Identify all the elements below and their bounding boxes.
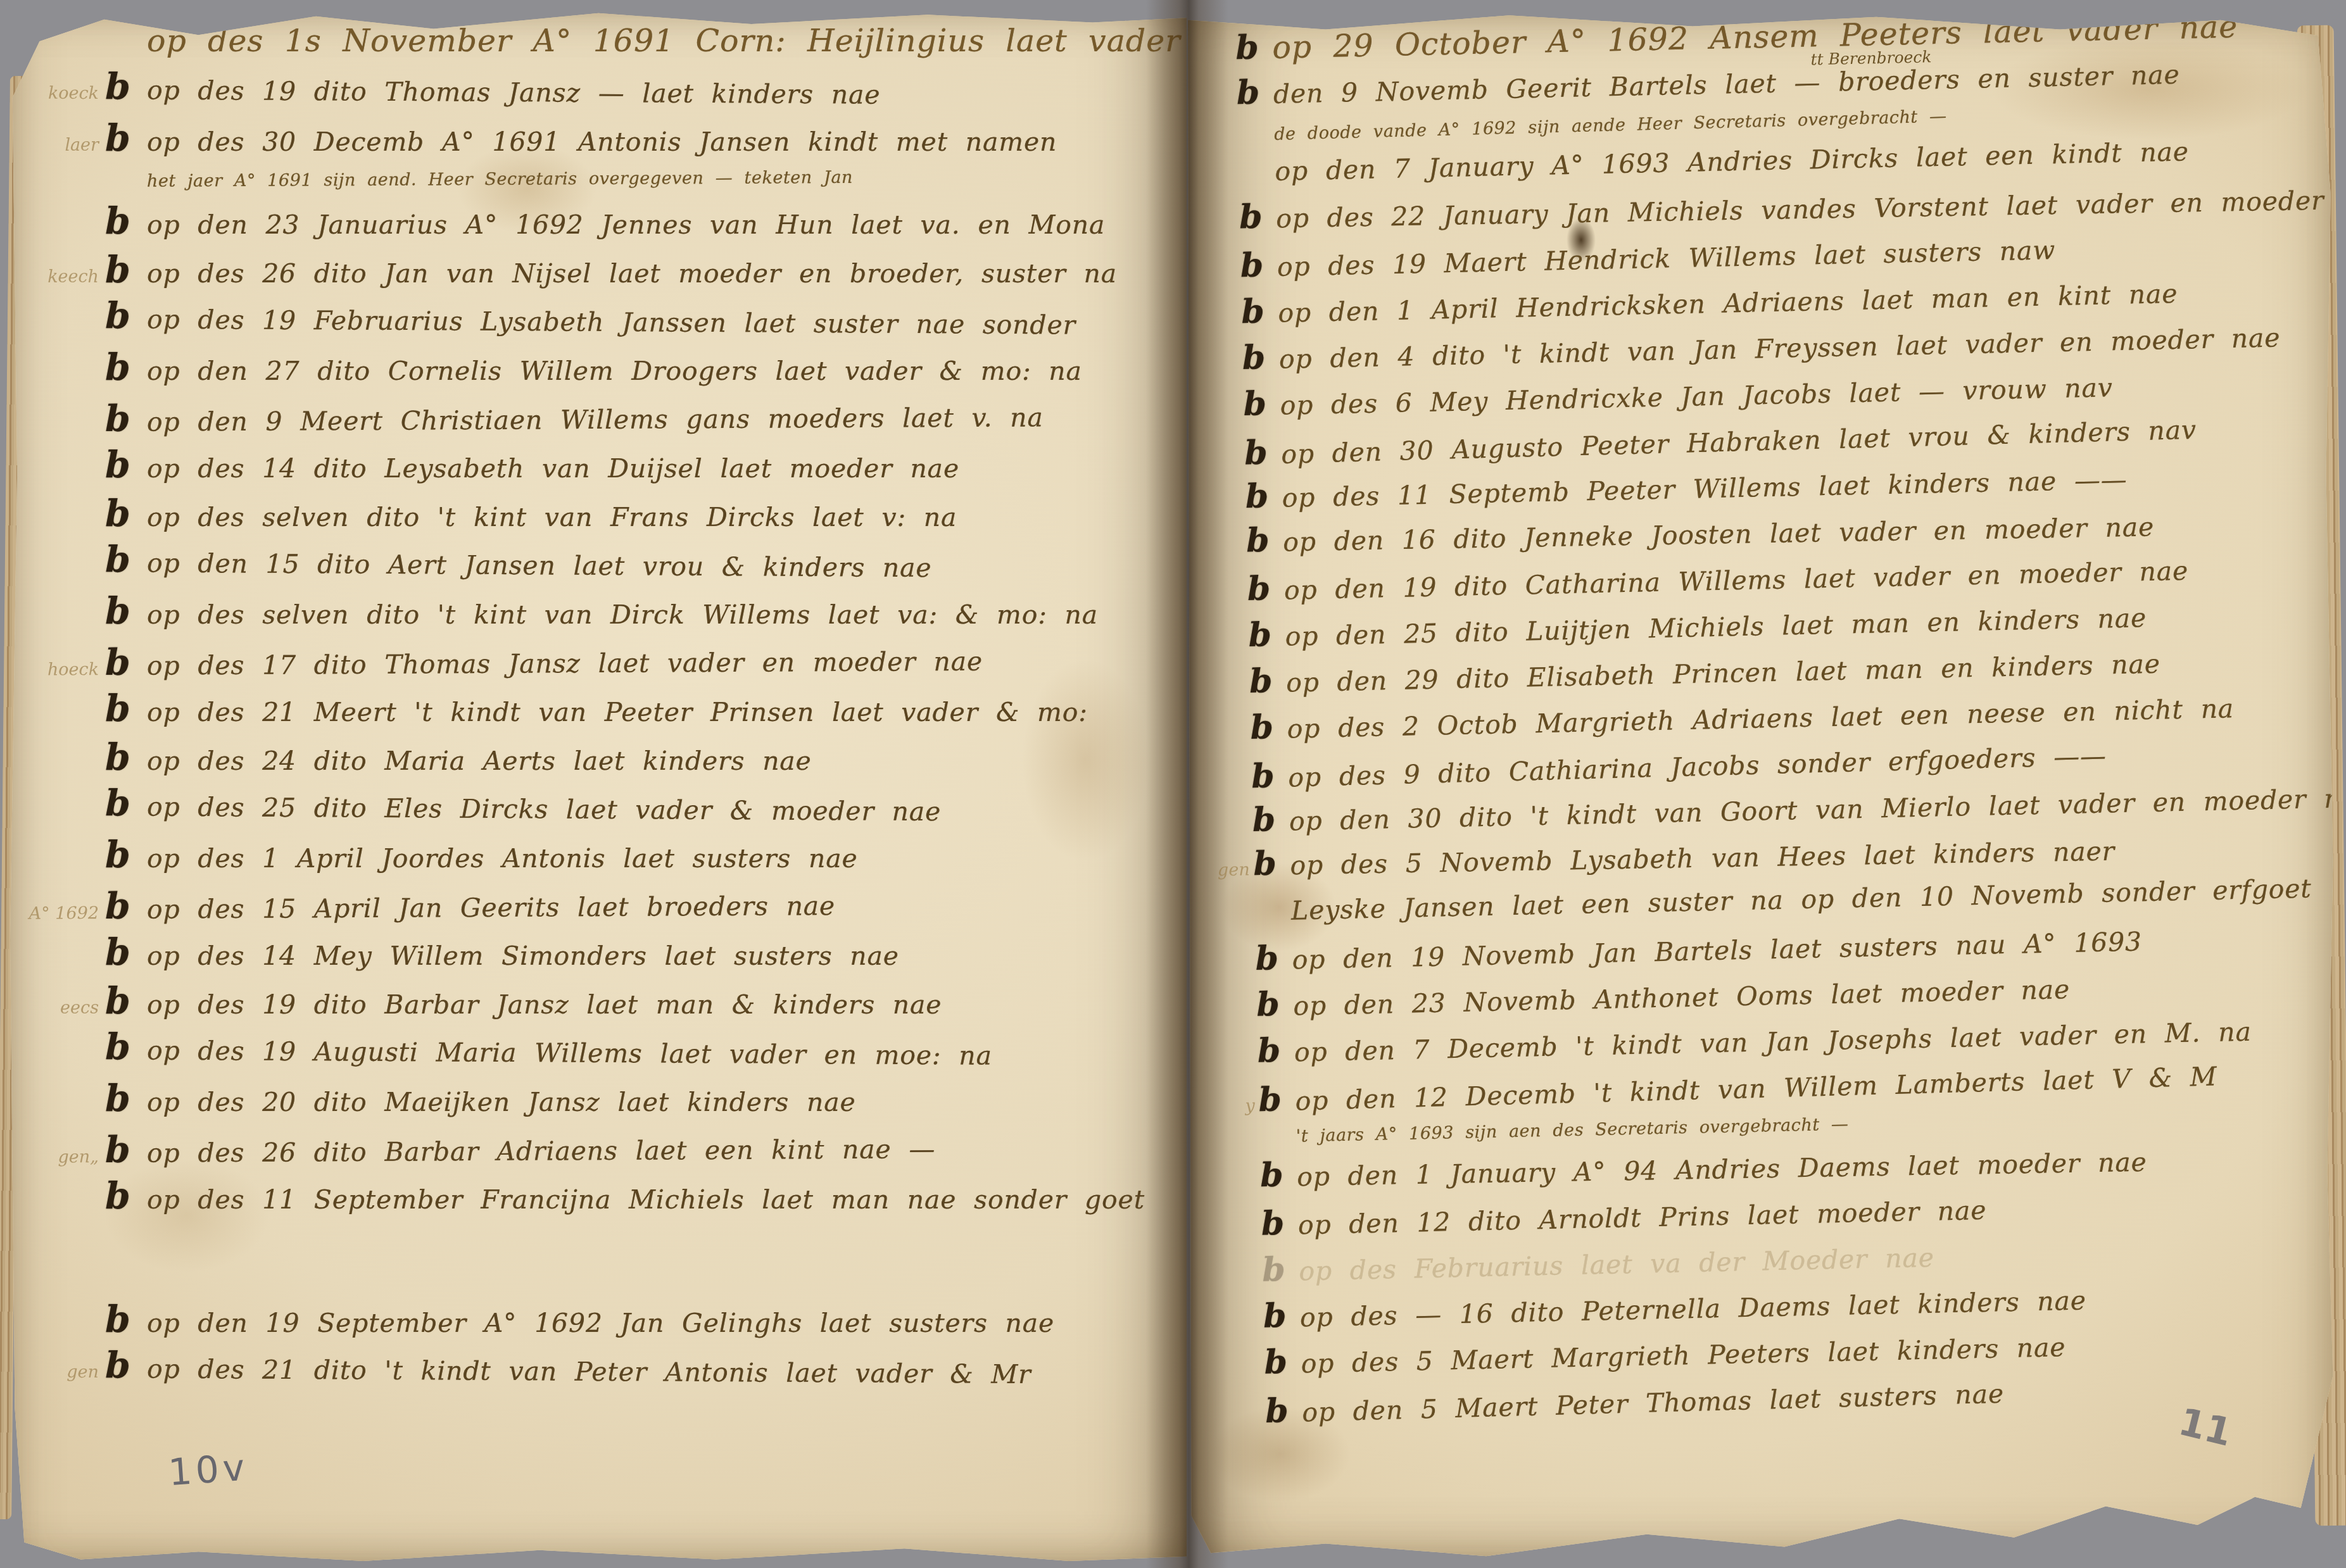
margin-initial-b: b bbox=[1240, 249, 1277, 282]
margin-initial-b: b bbox=[1265, 1395, 1302, 1429]
register-line: laerbop des 30 Decemb A° 1691 Antonis Ja… bbox=[24, 120, 1180, 169]
entry-text: op des 11 September Francijna Michiels l… bbox=[147, 1184, 1145, 1215]
margin-initial-b: b bbox=[105, 983, 147, 1019]
entry-text: op den 23 Januarius A° 1692 Jennes van H… bbox=[147, 210, 1105, 240]
margin-initial-b: b bbox=[1236, 76, 1273, 110]
register-line: bop des 14 dito Leysabeth van Duijsel la… bbox=[24, 447, 1180, 496]
register-line: eecsbop des 19 dito Barbar Jansz laet ma… bbox=[24, 983, 1180, 1032]
margin-initial-b: b bbox=[105, 1081, 147, 1117]
margin-note bbox=[1214, 831, 1252, 832]
margin-initial-b bbox=[1254, 920, 1291, 920]
margin-note bbox=[1223, 1186, 1261, 1187]
margin-initial-b: b bbox=[105, 691, 147, 727]
margin-note bbox=[24, 571, 105, 572]
margin-initial-b: b bbox=[1235, 31, 1273, 65]
margin-initial-b: b bbox=[105, 837, 147, 873]
margin-initial-b: b bbox=[1251, 760, 1289, 794]
margin-initial-b: b bbox=[1264, 1345, 1301, 1379]
register-line: op des 1s November A° 1691 Corn: Heijlin… bbox=[24, 23, 1180, 72]
margin-initial-b: b bbox=[105, 120, 147, 156]
entry-text: op des 21 Meert 't kindt van Peeter Prin… bbox=[147, 697, 1088, 727]
register-line: koeckbop des 19 dito Thomas Jansz — laet… bbox=[24, 68, 1180, 123]
register-line: A° 1692bop des 15 April Jan Geerits laet… bbox=[24, 882, 1180, 938]
margin-initial-b: b bbox=[1239, 201, 1277, 234]
margin-initial-b: b bbox=[1249, 665, 1287, 698]
margin-note bbox=[1200, 141, 1238, 142]
page-right: bop 29 October A° 1692 Ansem Peeters lae… bbox=[1188, 8, 2335, 1562]
margin-initial-b: b bbox=[105, 644, 147, 681]
interlinear-note: tt Berenbroeck bbox=[1810, 47, 1932, 68]
margin-note bbox=[1219, 1016, 1257, 1017]
margin-initial-b bbox=[1259, 1142, 1296, 1143]
margin-note bbox=[1225, 1327, 1263, 1328]
margin-initial-b bbox=[1237, 140, 1274, 141]
margin-note bbox=[1221, 1143, 1259, 1143]
margin-initial-b: b bbox=[1243, 387, 1280, 421]
margin-note bbox=[1208, 508, 1246, 508]
margin-initial-b: b bbox=[1248, 618, 1285, 652]
margin-note: gen bbox=[1215, 860, 1254, 880]
entry-text: op des 19 dito Thomas Jansz — laet kinde… bbox=[147, 75, 881, 110]
margin-initial-b: b bbox=[105, 496, 147, 532]
entry-text: op des 19 dito Barbar Jansz laet man & k… bbox=[147, 989, 942, 1020]
register-line: bop des 24 dito Maria Aerts laet kinders… bbox=[24, 739, 1180, 788]
register-line: bop des 21 Meert 't kindt van Peeter Pri… bbox=[24, 691, 1180, 739]
margin-initial-b bbox=[1239, 180, 1275, 181]
margin-note: keech bbox=[24, 267, 105, 287]
register-line: gen„bop des 26 dito Barbar Adriaens laet… bbox=[24, 1126, 1180, 1181]
register-line: bop den 23 Januarius A° 1692 Jennes van … bbox=[24, 203, 1180, 252]
entry-text: op des 20 dito Maeijken Jansz laet kinde… bbox=[147, 1087, 856, 1117]
margin-note bbox=[1204, 369, 1242, 370]
entries-left: op des 1s November A° 1691 Corn: Heijlin… bbox=[10, 4, 1187, 1399]
entry-text: op des 14 dito Leysabeth van Duijsel lae… bbox=[147, 453, 959, 484]
margin-initial-b: b bbox=[105, 252, 147, 288]
folio-number-left: 10v bbox=[167, 1446, 250, 1495]
margin-note: eecs bbox=[24, 998, 105, 1018]
entry-text: op des 1 April Joordes Antonis laet sust… bbox=[147, 843, 858, 874]
margin-initial-b: b bbox=[1263, 1299, 1300, 1333]
entry-text: op des 25 dito Eles Dircks laet vader & … bbox=[147, 792, 942, 827]
margin-note bbox=[1213, 739, 1251, 739]
margin-initial-b: b bbox=[105, 934, 147, 970]
margin-note bbox=[1201, 181, 1239, 182]
margin-note bbox=[1214, 787, 1252, 789]
entry-text: op des 21 dito 't kindt van Peter Antoni… bbox=[147, 1354, 1031, 1390]
register-line: bop des 11 September Francijna Michiels … bbox=[24, 1178, 1180, 1227]
margin-note bbox=[1223, 1235, 1261, 1236]
margin-initial-b: b bbox=[1260, 1158, 1297, 1192]
margin-note bbox=[24, 327, 105, 328]
margin-initial-b: b bbox=[105, 203, 147, 239]
register-line: bop den 27 dito Cornelis Willem Droogers… bbox=[24, 349, 1180, 398]
entry-text: op des 26 dito Barbar Adriaens laet een … bbox=[147, 1134, 935, 1169]
entry-text: op des 26 dito Jan van Nijsel laet moede… bbox=[147, 258, 1117, 289]
margin-initial-b: b bbox=[105, 1301, 147, 1338]
margin-note: gen bbox=[24, 1362, 105, 1382]
margin-initial-b: b bbox=[1256, 988, 1294, 1022]
entry-text: op den 15 dito Aert Jansen laet vrou & k… bbox=[147, 548, 932, 584]
register-line: bop des 19 Augusti Maria Willems laet va… bbox=[24, 1028, 1180, 1084]
margin-note bbox=[1198, 59, 1236, 60]
margin-note bbox=[1201, 229, 1239, 229]
margin-initial-b: b bbox=[1246, 524, 1283, 557]
register-line: genbop des 21 dito 't kindt van Peter An… bbox=[24, 1346, 1180, 1402]
margin-initial-b: b bbox=[105, 541, 147, 577]
entry-text: op des 17 dito Thomas Jansz laet vader e… bbox=[147, 646, 983, 681]
margin-initial-b: b bbox=[1255, 942, 1292, 975]
margin-note bbox=[1204, 323, 1242, 323]
margin-initial-b: b bbox=[1253, 847, 1290, 881]
margin-initial-b: b bbox=[1258, 1083, 1296, 1117]
entry-text: op den 9 Meert Christiaen Willems gans m… bbox=[147, 402, 1044, 437]
margin-note bbox=[1211, 646, 1249, 647]
margin-note: y bbox=[1220, 1096, 1259, 1117]
margin-note bbox=[1216, 920, 1254, 921]
entries-right: bop 29 October A° 1692 Ansem Peeters lae… bbox=[1188, 8, 2335, 1439]
margin-initial-b: b bbox=[105, 298, 147, 334]
register-line: bop des selven dito 't kint van Frans Di… bbox=[24, 496, 1180, 544]
entry-text: het jaer A° 1691 sijn aend. Heer Secreta… bbox=[147, 168, 853, 191]
register-line: bop den 15 dito Aert Jansen laet vrou & … bbox=[24, 541, 1180, 596]
entry-text: op des 14 Mey Willem Simonders laet sust… bbox=[147, 941, 899, 971]
margin-note bbox=[1199, 104, 1237, 104]
margin-note: laer bbox=[24, 135, 105, 155]
margin-initial-b: b bbox=[1245, 480, 1282, 513]
register-line: bop des selven dito 't kint van Dirck Wi… bbox=[24, 593, 1180, 642]
margin-note bbox=[1209, 600, 1247, 601]
register-line: bop den 19 September A° 1692 Jan Gelingh… bbox=[24, 1301, 1180, 1350]
margin-initial-b: b bbox=[1261, 1207, 1298, 1241]
margin-initial-b: b bbox=[105, 739, 147, 775]
page-left: op des 1s November A° 1691 Corn: Heijlin… bbox=[10, 4, 1187, 1564]
register-line: bop den 9 Meert Christiaen Willems gans … bbox=[24, 395, 1180, 450]
entry-text: op 29 October A° 1692 Ansem Peeters laet… bbox=[1272, 9, 2238, 66]
margin-note bbox=[1212, 693, 1250, 693]
margin-note bbox=[1228, 1422, 1266, 1424]
margin-initial-b: b bbox=[1242, 341, 1279, 375]
margin-initial-b: b bbox=[105, 447, 147, 483]
book-spread: op des 1s November A° 1691 Corn: Heijlin… bbox=[0, 0, 2346, 1568]
register-line: bop des 19 Februarius Lysabeth Janssen l… bbox=[24, 297, 1180, 353]
margin-note bbox=[1207, 464, 1245, 465]
entry-text: op des 19 Augusti Maria Willems laet vad… bbox=[147, 1036, 992, 1071]
margin-initial-b: b bbox=[105, 1029, 147, 1065]
register-line: bop des 25 dito Eles Dircks laet vader &… bbox=[24, 784, 1180, 840]
margin-initial-b: b bbox=[1250, 711, 1287, 744]
register-line: hoeckbop des 17 dito Thomas Jansz laet v… bbox=[24, 639, 1180, 694]
margin-initial-b: b bbox=[1252, 803, 1289, 837]
margin-note bbox=[24, 815, 105, 815]
margin-initial-b: b bbox=[1257, 1034, 1294, 1068]
entry-text: op den 27 dito Cornelis Willem Droogers … bbox=[147, 356, 1082, 386]
margin-note: A° 1692 bbox=[24, 903, 105, 924]
register-line: bop des 1 April Joordes Antonis laet sus… bbox=[24, 837, 1180, 886]
margin-note bbox=[1220, 1062, 1258, 1063]
margin-note bbox=[1209, 551, 1247, 552]
register-line: bop des 14 Mey Willem Simonders laet sus… bbox=[24, 934, 1180, 983]
margin-initial-b: b bbox=[105, 888, 147, 924]
margin-initial-b: b bbox=[1262, 1253, 1299, 1287]
register-line: het jaer A° 1691 sijn aend. Heer Secreta… bbox=[24, 166, 1180, 206]
entry-text: op des 19 Februarius Lysabeth Janssen la… bbox=[147, 304, 1076, 341]
margin-initial-b: b bbox=[1247, 572, 1284, 606]
margin-note bbox=[1206, 415, 1244, 416]
margin-note bbox=[24, 187, 105, 187]
margin-initial-b: b bbox=[105, 1178, 147, 1214]
margin-initial-b: b bbox=[105, 785, 147, 821]
margin-note bbox=[1202, 277, 1240, 277]
margin-initial-b: b bbox=[1241, 295, 1278, 329]
margin-initial-b: b bbox=[105, 1132, 147, 1168]
margin-initial-b: b bbox=[105, 401, 147, 437]
entry-text: op des selven dito 't kint van Dirck Wil… bbox=[147, 599, 1098, 630]
margin-note bbox=[1218, 970, 1256, 970]
margin-note bbox=[24, 1058, 105, 1059]
entry-text: op des 1s November A° 1691 Corn: Heijlin… bbox=[147, 23, 1187, 59]
margin-note bbox=[1225, 1281, 1263, 1282]
margin-note: hoeck bbox=[24, 660, 105, 680]
entry-text: op des 15 April Jan Geerits laet broeder… bbox=[147, 891, 835, 925]
register-line: bop des 20 dito Maeijken Jansz laet kind… bbox=[24, 1081, 1180, 1129]
entry-text: op des 30 Decemb A° 1691 Antonis Jansen … bbox=[147, 127, 1057, 157]
margin-initial-b: b bbox=[105, 68, 147, 104]
margin-note bbox=[24, 431, 105, 432]
entry-text: op des selven dito 't kint van Frans Dir… bbox=[147, 502, 957, 532]
margin-initial-b: b bbox=[105, 1347, 147, 1383]
margin-initial-b: b bbox=[105, 593, 147, 629]
register-line: keechbop des 26 dito Jan van Nijsel laet… bbox=[24, 252, 1180, 301]
margin-note bbox=[1227, 1374, 1264, 1374]
margin-initial-b: b bbox=[105, 349, 147, 386]
entry-text: op des 24 dito Maria Aerts laet kinders … bbox=[147, 746, 812, 776]
margin-note: gen„ bbox=[24, 1147, 105, 1167]
margin-note: koeck bbox=[24, 83, 105, 103]
entry-text: op den 19 September A° 1692 Jan Gelinghs… bbox=[147, 1308, 1054, 1338]
margin-initial-b: b bbox=[1244, 436, 1282, 470]
